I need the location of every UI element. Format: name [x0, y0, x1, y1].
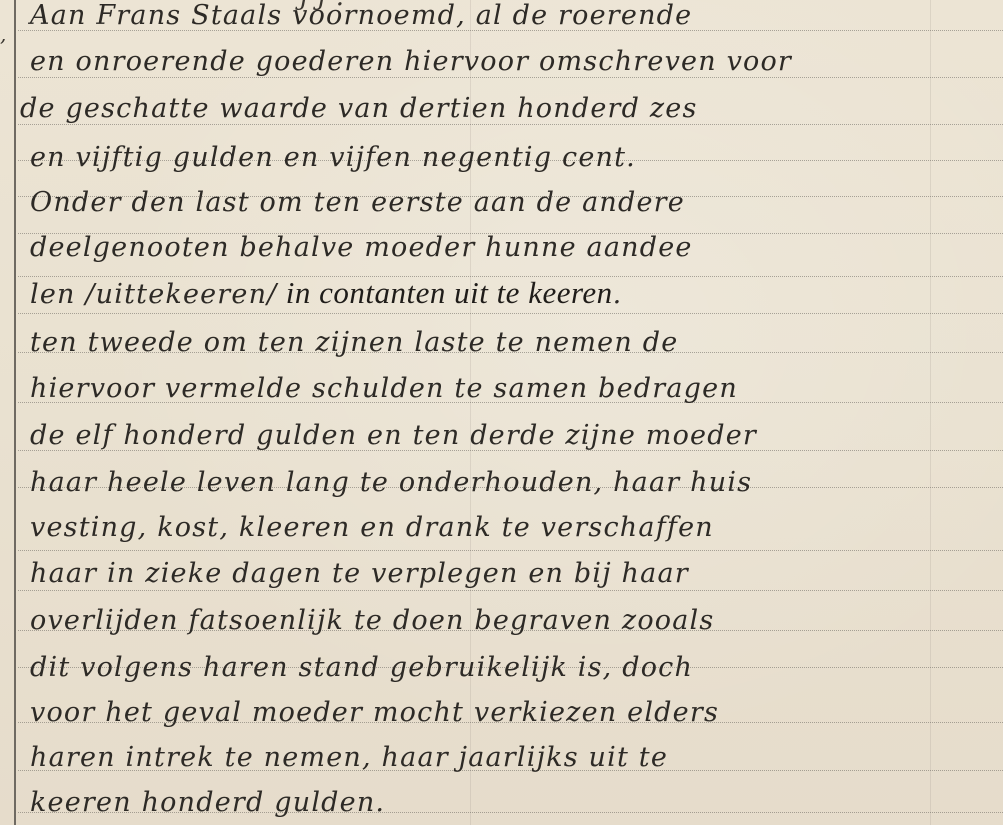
text-line-7: len /uittekeeren/ in contanten uit te ke… — [30, 275, 990, 313]
text-line-15: dit volgens haren stand gebruikelijk is,… — [30, 650, 990, 686]
left-margin-rule — [14, 0, 16, 825]
inserted-phrase: in contanten uit te keeren — [277, 275, 612, 310]
margin-mark: , — [0, 22, 6, 46]
line-end-punctuation: . — [613, 279, 623, 310]
text-line-3: de geschatte waarde van dertien honderd … — [20, 91, 980, 127]
text-line-10: de elf honderd gulden en ten derde zijne… — [30, 418, 990, 454]
ledger-page: , ƒ ƒ . Aan Frans Staals voornoemd, al d… — [0, 0, 1003, 825]
text-line-14: overlijden fatsoenlijk te doen begraven … — [30, 603, 990, 639]
text-line-13: haar in zieke dagen te verplegen en bij … — [30, 556, 990, 592]
text-line-16: voor het geval moeder mocht verkiezen el… — [30, 695, 990, 731]
text-line-2: en onroerende goederen hiervoor omschrev… — [30, 44, 990, 80]
ruled-line — [18, 313, 1003, 314]
text-line-1: Aan Frans Staals voornoemd, al de roeren… — [30, 0, 990, 34]
text-line-11: haar heele leven lang te onderhouden, ha… — [30, 465, 990, 501]
text-line-5: Onder den last om ten eerste aan de ande… — [30, 185, 990, 221]
text-line-9: hiervoor vermelde schulden te samen bedr… — [30, 371, 990, 407]
crossed-phrase: len /uittekeeren/ — [30, 279, 277, 310]
text-line-8: ten tweede om ten zijnen laste te nemen … — [30, 325, 990, 361]
text-line-4: en vijftig gulden en vijfen negentig cen… — [30, 140, 990, 176]
ruled-line — [18, 550, 1003, 551]
text-line-12: vesting, kost, kleeren en drank te versc… — [30, 510, 990, 546]
text-line-18: keeren honderd gulden. — [30, 785, 990, 821]
text-line-17: haren intrek te nemen, haar jaarlijks ui… — [30, 740, 990, 776]
text-line-6: deelgenooten behalve moeder hunne aandee — [30, 230, 990, 266]
